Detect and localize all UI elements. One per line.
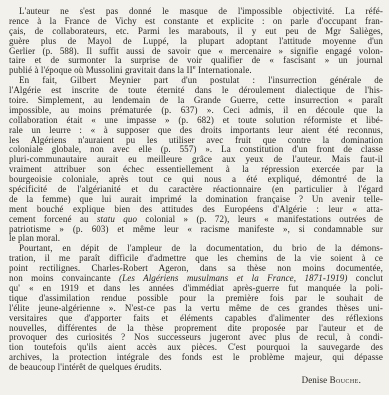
text-run: Pourtant, en dépit de l'ampleur de la do… [19, 243, 383, 253]
text-run: l'Algérie est inscrite de toute éternité… [9, 85, 383, 95]
text-run: rale un leurre : « à supposer que des dr… [9, 125, 383, 135]
text-run: Denise [302, 375, 330, 385]
book-review-text: L'auteur ne s'est pas donné le masque de… [9, 7, 383, 373]
text-run: toire. Simplement, au lendemain de la Gr… [9, 95, 383, 105]
text-line: patriotisme » (p. 603) et même leur « ra… [9, 225, 383, 235]
text-run: çais, de collaborateurs, etc. Parmi les … [9, 26, 383, 36]
text-run: non moins convaincante [9, 273, 119, 283]
text-run: guère plus de Mayol de Luppé, la plupart… [9, 36, 383, 46]
text-run: tion toutefois qu'ils aient accès aux pi… [9, 342, 383, 352]
paragraph: Pourtant, en dépit de l'ampleur de la do… [9, 244, 383, 373]
text-run: Internationale. [196, 65, 252, 75]
text-run: coloniale globale, non avec elle (p. 557… [9, 144, 383, 154]
text-line: de beaucoup l'intérêt de quelques érudit… [9, 363, 383, 373]
text-run: L'auteur ne s'est pas donné le masque de… [19, 6, 383, 16]
paragraph: En fait, Gilbert Meynier part d'un postu… [9, 76, 383, 244]
text-run: vraiment attribuer son échec essentielle… [9, 164, 383, 174]
text-run: collaboration était « une impasse » (p. … [9, 115, 383, 125]
smallcaps-run: Bouche [330, 375, 359, 385]
text-run: colonial » (p. 72), leurs « manifestatio… [137, 214, 383, 224]
text-run: Gerlier (p. 588). Il suffit aussi de sav… [9, 46, 383, 56]
reviewer-signature: Denise Bouche. [9, 376, 383, 386]
scanned-book-review-page: L'auteur ne s'est pas donné le masque de… [0, 0, 389, 395]
text-run: tration, il me paraît difficile d'admett… [9, 253, 383, 263]
text-run: taire et de surmonter la surprise de voi… [9, 55, 383, 65]
text-run: patriotisme » (p. 603) et même leur « ra… [9, 224, 383, 234]
text-run: le plan moral. [9, 233, 60, 243]
paragraph: L'auteur ne s'est pas donné le masque de… [9, 7, 383, 76]
text-run: de la femme) que lui aurait imprimé la d… [9, 194, 383, 204]
text-run: rence à la France de Vichy est constante… [9, 16, 383, 26]
text-run: En fait, Gilbert Meynier part d'un postu… [19, 75, 383, 85]
text-run: l'élite jeune-algérienne ». N'est-ce pas… [9, 303, 383, 313]
text-run: archives, la protection intégrale des fo… [9, 352, 383, 362]
text-run: . [359, 375, 361, 385]
text-run: versitaires que d'apporter faits et élém… [9, 313, 383, 323]
text-run: tique d'assimilation rendue possible pou… [9, 293, 383, 303]
text-run: conclut [347, 273, 383, 283]
text-run: bourgeoisie coloniale, après tout ce qui… [9, 174, 383, 184]
italic-run: statu quo [97, 214, 137, 224]
text-run: point rectilignes. Charles-Robert Ageron… [9, 263, 383, 273]
italic-run: (Les Algériens musulmans et la France, 1… [119, 273, 347, 283]
text-run: publié à l'époque où Mussolini gravitait… [9, 65, 193, 75]
text-run: impossible, au moins prématurée (p. 637)… [9, 105, 383, 115]
text-run: les Algériens n'auraient pu les utiliser… [9, 135, 383, 145]
text-run: cement forcené au [9, 214, 97, 224]
text-run: nouvelles, différentes de la thèse propr… [9, 323, 383, 333]
text-run: spécificité de l'algérianité et du carac… [9, 184, 383, 194]
text-run: qu' « en 1919 et dans les années d'imméd… [9, 283, 383, 293]
text-run: pluri-communautaire aurait eu meilleure … [9, 154, 383, 164]
text-run: ment bouché explique bien des attitudes … [9, 204, 383, 214]
text-run: provoquer des curiosités ? Nos successeu… [9, 332, 383, 342]
text-run: de beaucoup l'intérêt de quelques érudit… [9, 362, 162, 372]
